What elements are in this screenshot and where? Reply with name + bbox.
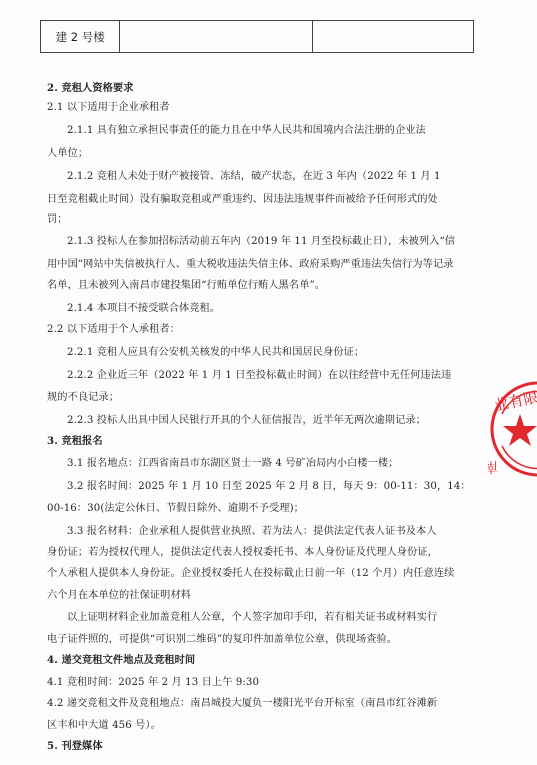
section-heading-4: 4. 递交竞租文件地点及竞租时间	[47, 651, 195, 666]
table-row: 建 2 号楼	[41, 21, 474, 53]
paragraph-line: 00-16：30(法定公休日、节假日除外、逾期不予受理)；	[47, 499, 304, 514]
seal-bottom-text: 南昌市建	[488, 458, 498, 475]
section-heading-5: 5. 刊登媒体	[47, 737, 103, 752]
paragraph-line: 身份证；若为授权代理人，提供法定代表人授权委托书、本人身份证及代理人身份证，	[47, 543, 438, 558]
table-cell	[120, 21, 312, 53]
paragraph-line: 罚；	[47, 210, 68, 225]
paragraph-line: 人单位；	[47, 144, 88, 159]
paragraph-line: 日至竞租截止时间）没有骗取竞租或严重违约、因违法违规事件而被给予任何形式的处	[47, 190, 438, 205]
paragraph-line: 区丰和中大道 456 号）。	[47, 716, 161, 731]
paragraph-line: 用中国”网站中失信被执行人、重大税收违法失信主体、政府采购严重违法失信行为等记录	[47, 255, 454, 270]
paragraph-line: 以上证明材料企业加盖竞租人公章，个人签字加印手印，若有相关证书或材料实行	[67, 608, 437, 623]
paragraph-line: 4.2 递交竞租文件及竞租地点：南昌城投大厦负一楼阳光平台开标室（南昌市红谷滩新	[47, 694, 437, 709]
subsection-2-2: 2.2 以下适用于个人承租者：	[47, 320, 180, 335]
paragraph-line: 电子证件照的，可提供“可识别二维码”的复印件加盖单位公章，供现场查验。	[47, 630, 397, 645]
table-cell	[312, 21, 473, 53]
paragraph-line: 名单，且未被列入南昌市建投集团“行贿单位行贿人黑名单”。	[47, 276, 325, 291]
seal-icon: 业有限公 南昌市建	[488, 374, 537, 484]
subsection-2-1: 2.1 以下适用于企业承租者	[47, 98, 170, 113]
document-page: 建 2 号楼 2. 竞租人资格要求 2.1 以下适用于企业承租者 2.1.1 具…	[0, 0, 537, 765]
section-heading-3: 3. 竞租报名	[47, 432, 103, 447]
paragraph-line: 规的不良记录；	[47, 388, 119, 403]
paragraph-line: 2.1.4 本项目不接受联合体竞租。	[67, 299, 220, 314]
paragraph-line: 2.1.1 具有独立承担民事责任的能力且在中华人民共和国境内合法注册的企业法	[67, 121, 426, 136]
paragraph-line: 4.1 竞租时间：2025 年 2 月 13 日上午 9:30	[47, 673, 259, 688]
building-table: 建 2 号楼	[40, 20, 474, 53]
paragraph-line: 2.1.3 投标人在参加招标活动前五年内（2019 年 11 月至投标截止日），…	[67, 232, 455, 247]
paragraph-line: 3.2 报名时间：2025 年 1 月 10 日至 2025 年 2 月 8 日…	[67, 477, 471, 492]
table-cell-building: 建 2 号楼	[41, 21, 120, 53]
paragraph-line: 2.2.1 竞租人应具有公安机关核发的中华人民共和国居民身份证；	[67, 343, 364, 358]
section-heading-2: 2. 竞租人资格要求	[47, 79, 134, 94]
paragraph-line: 个人承租人提供本人身份证。企业授权委托人在投标截止日前一年（12 个月）内任意连…	[47, 564, 454, 579]
paragraph-line: 3.3 报名材料：企业承租人提供营业执照、若为法人：提供法定代表人证书及本人	[67, 522, 437, 537]
company-seal: 业有限公 南昌市建	[488, 374, 537, 484]
paragraph-line: 3.1 报名地点：江西省南昌市东湖区贤士一路 4 号矿冶局内小白楼一楼；	[67, 454, 398, 469]
paragraph-line: 2.1.2 竞租人未处于财产被接管、冻结，破产状态，在近 3 年内（2022 年…	[67, 167, 441, 182]
paragraph-line: 2.2.3 投标人出具中国人民银行开具的个人征信报告，近半年无两次逾期记录；	[67, 411, 426, 426]
paragraph-line: 六个月在本单位的社保证明材料	[47, 586, 191, 601]
paragraph-line: 2.2.2 企业近三年（2022 年 1 月 1 日至投标截止时间）在以往经营中…	[67, 366, 451, 381]
